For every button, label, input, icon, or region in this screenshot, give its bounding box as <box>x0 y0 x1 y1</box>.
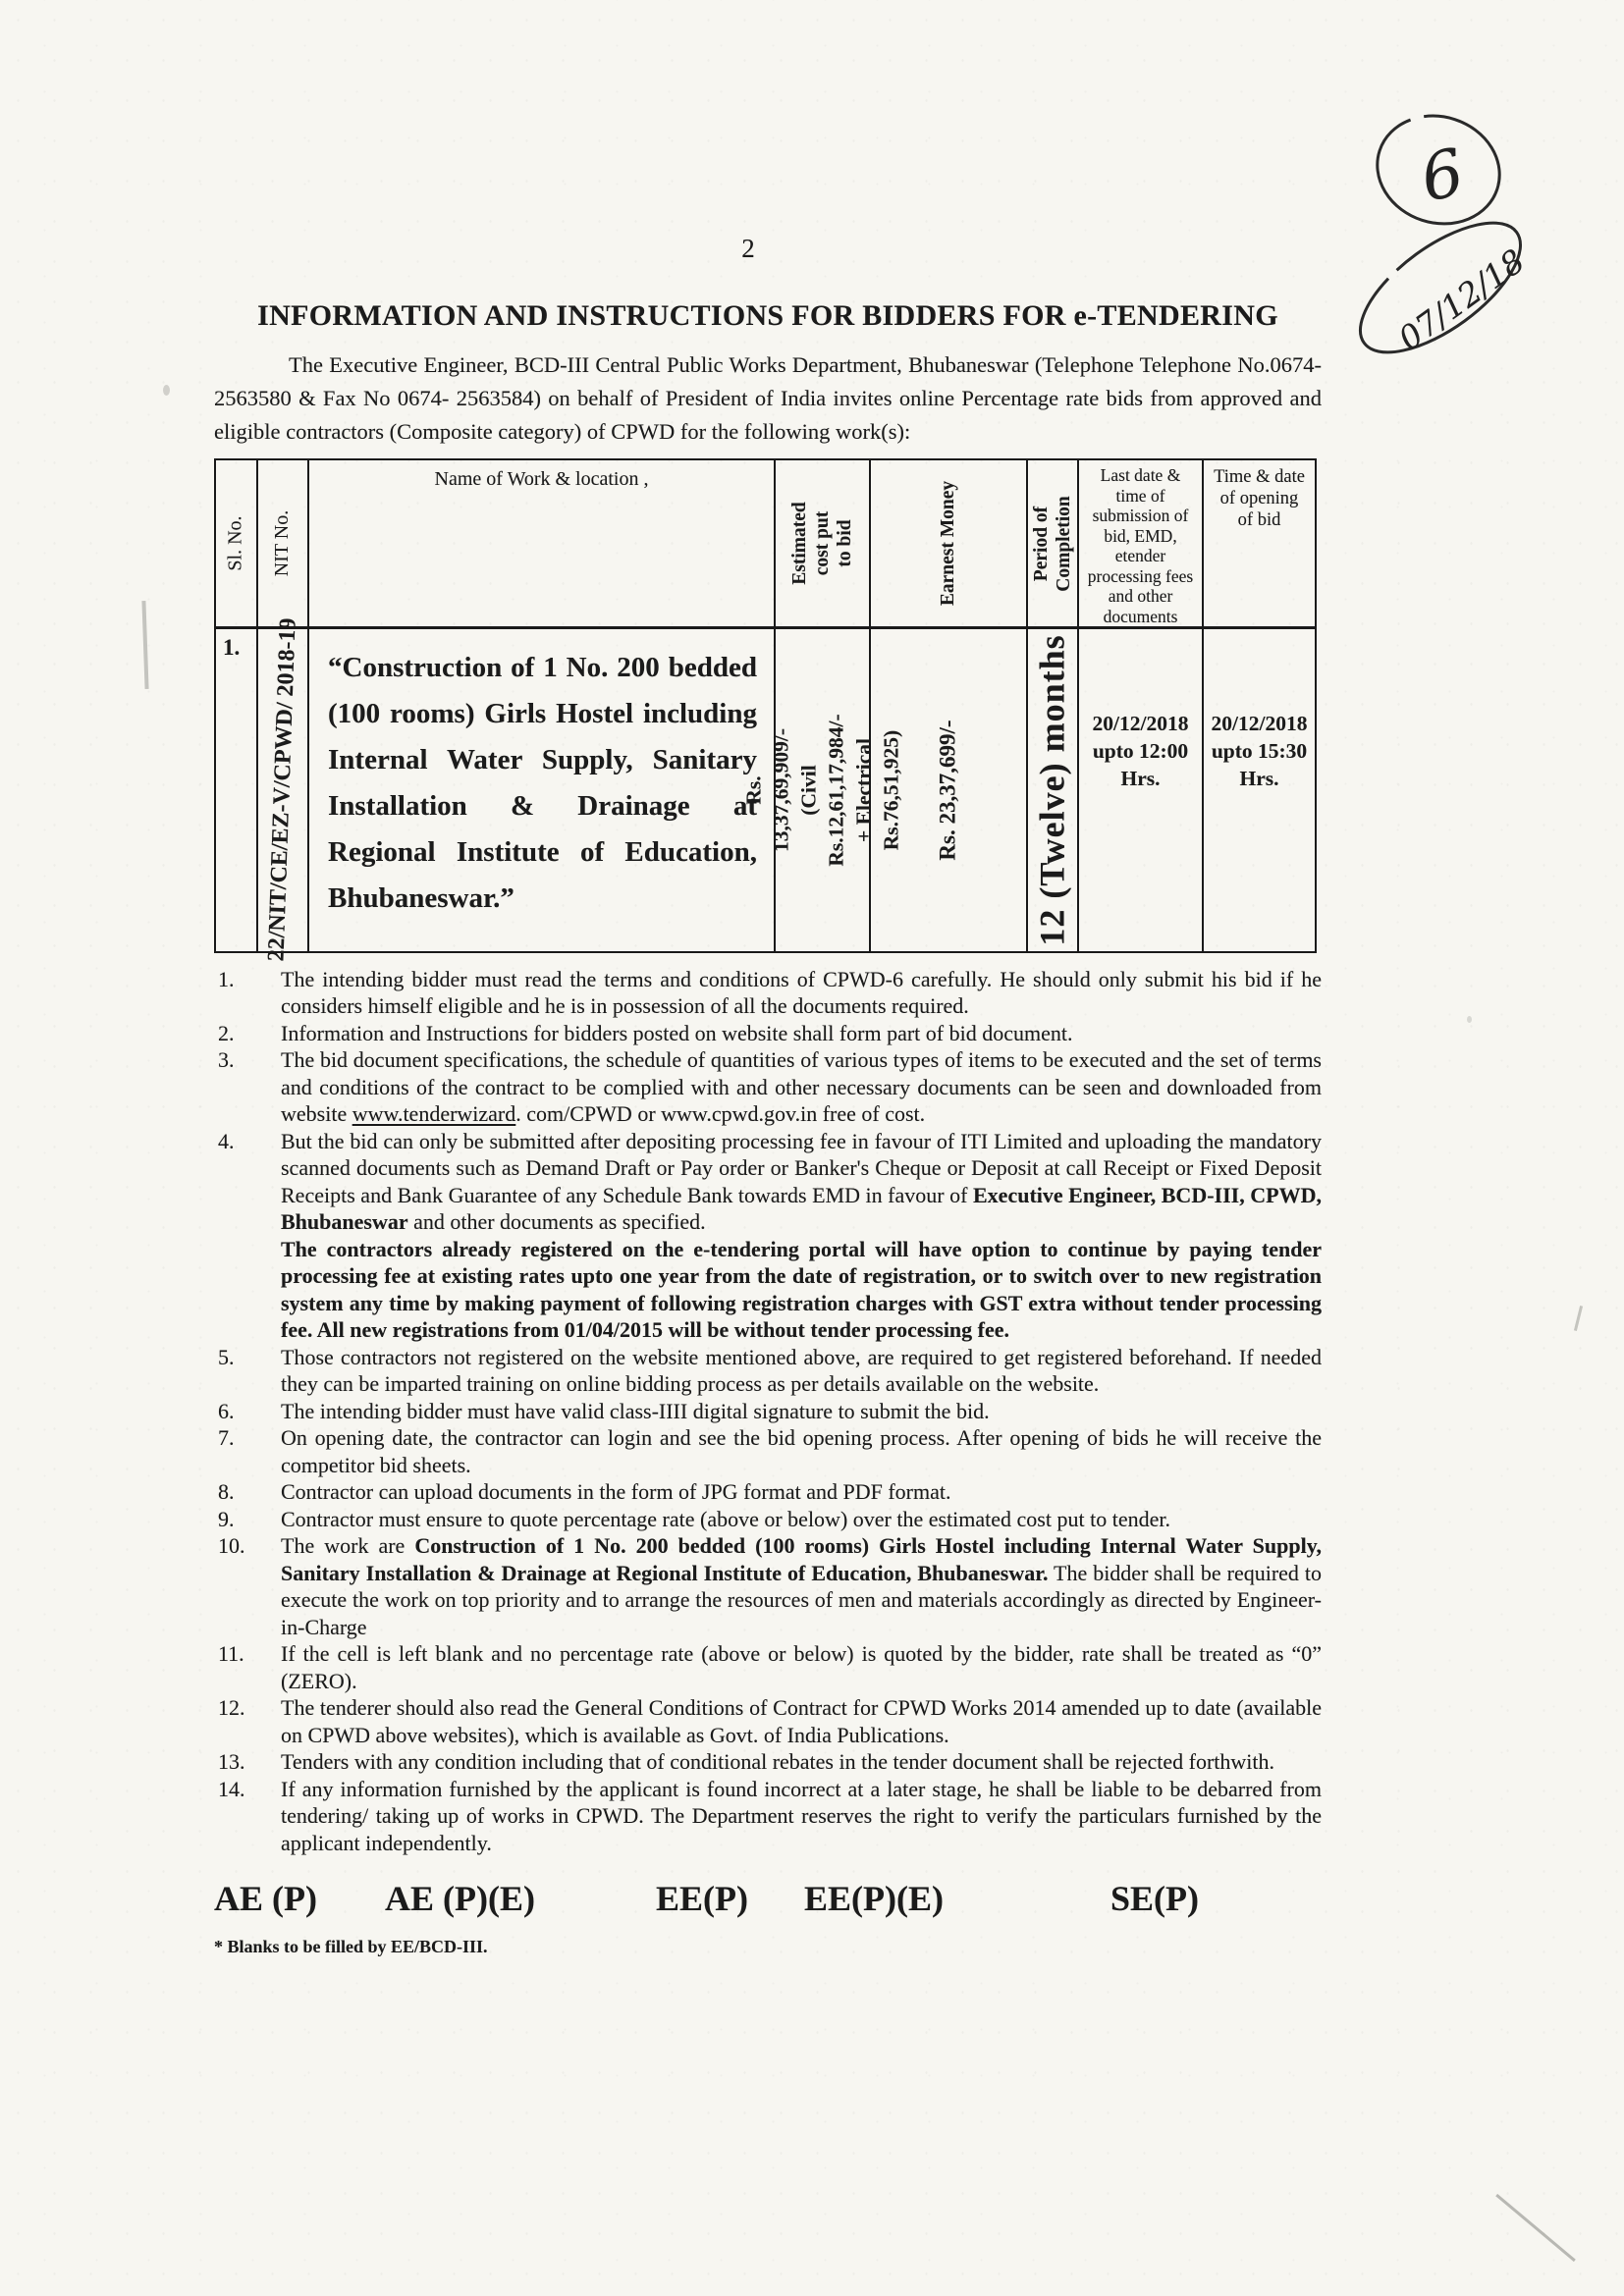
cell-period: 12 (Twelve) months <box>1027 628 1078 952</box>
period-value: 12 (Twelve) months <box>1032 634 1073 945</box>
scan-artifact <box>141 601 148 689</box>
header-nit-no: NIT No. <box>257 459 308 628</box>
cell-work-name: “Construction of 1 No. 200 bedded (100 r… <box>308 628 775 952</box>
instruction-number: 4. <box>214 1128 281 1155</box>
page-number: 2 <box>175 234 1322 264</box>
instruction-paragraph: The intending bidder must have valid cla… <box>281 1398 1322 1425</box>
instruction-item: 10.The work are Construction of 1 No. 20… <box>214 1532 1322 1640</box>
work-name-value: “Construction of 1 No. 200 bedded (100 r… <box>309 629 774 922</box>
instruction-item: 11.If the cell is left blank and no perc… <box>214 1640 1322 1694</box>
instruction-number: 5. <box>214 1344 281 1371</box>
cell-estimated-cost: Rs. 13,37,69,909/- (Civil Rs.12,61,17,98… <box>775 628 870 952</box>
scan-artifact <box>1495 2194 1576 2262</box>
cell-last-date: 20/12/2018 upto 12:00 Hrs. <box>1078 628 1203 952</box>
header-sl-no: Sl. No. <box>215 459 257 628</box>
instruction-item: 14.If any information furnished by the a… <box>214 1776 1322 1857</box>
instruction-paragraph: If any information furnished by the appl… <box>281 1776 1322 1857</box>
instruction-paragraph: Information and Instructions for bidders… <box>281 1020 1322 1047</box>
opening-value: 20/12/2018 upto 15:30 Hrs. <box>1204 629 1315 792</box>
stamp-top-text: 6 <box>1414 134 1470 217</box>
signature-designation: SE(P) <box>1110 1878 1199 1919</box>
header-sl-no-label: Sl. No. <box>225 515 247 570</box>
instruction-item: 5.Those contractors not registered on th… <box>214 1344 1322 1398</box>
instruction-number: 1. <box>214 966 281 993</box>
instruction-paragraph: Tenders with any condition including tha… <box>281 1748 1322 1776</box>
instruction-item: 8.Contractor can upload documents in the… <box>214 1478 1322 1506</box>
header-opening-label: Time & date of opening of bid <box>1204 460 1315 531</box>
instruction-item: 12.The tenderer should also read the Gen… <box>214 1694 1322 1748</box>
cell-earnest-money: Rs. 23,37,699/- <box>870 628 1027 952</box>
instruction-paragraph: On opening date, the contractor can logi… <box>281 1424 1322 1478</box>
header-last-date: Last date & time of submission of bid, E… <box>1078 459 1203 628</box>
header-work-name: Name of Work & location , <box>308 459 775 628</box>
intro-paragraph: The Executive Engineer, BCD-III Central … <box>214 348 1322 449</box>
signature-designation: EE(P)(E) <box>804 1878 944 1919</box>
instruction-paragraph: The work are Construction of 1 No. 200 b… <box>281 1532 1322 1640</box>
header-estimated-cost-label: Estimated cost put to bid <box>788 497 856 590</box>
header-earnest-money: Earnest Money <box>870 459 1027 628</box>
stamp-circle-date <box>1340 199 1542 377</box>
instruction-item: 6.The intending bidder must have valid c… <box>214 1398 1322 1425</box>
instruction-paragraph: The intending bidder must read the terms… <box>281 966 1322 1020</box>
instruction-paragraph: The bid document specifications, the sch… <box>281 1046 1322 1128</box>
handwritten-stamp: 6 07/12/18 <box>1330 74 1624 378</box>
instruction-item: 3.The bid document specifications, the s… <box>214 1046 1322 1128</box>
nit-no-value: 22/NIT/CE/EZ-V/CPWD/ 2018-19 <box>263 617 301 962</box>
header-opening: Time & date of opening of bid <box>1203 459 1316 628</box>
instruction-item: 2.Information and Instructions for bidde… <box>214 1020 1322 1047</box>
instruction-number: 2. <box>214 1020 281 1047</box>
instruction-number: 9. <box>214 1506 281 1533</box>
last-date-value: 20/12/2018 upto 12:00 Hrs. <box>1079 629 1202 792</box>
instruction-number: 14. <box>214 1776 281 1803</box>
sl-no-value: 1. <box>216 629 256 661</box>
instruction-paragraph: Contractor must ensure to quote percenta… <box>281 1506 1322 1533</box>
document-content: 2 INFORMATION AND INSTRUCTIONS FOR BIDDE… <box>214 234 1322 1957</box>
earnest-money-value: Rs. 23,37,699/- <box>936 720 961 860</box>
scan-artifact <box>1574 1306 1583 1331</box>
header-period-label: Period of Completion <box>1030 496 1075 592</box>
instruction-paragraph: If the cell is left blank and no percent… <box>281 1640 1322 1694</box>
header-last-date-label: Last date & time of submission of bid, E… <box>1079 460 1202 626</box>
header-work-name-label: Name of Work & location , <box>309 460 774 491</box>
table-data-row: 1. 22/NIT/CE/EZ-V/CPWD/ 2018-19 “Constru… <box>215 628 1316 952</box>
instruction-item: 7.On opening date, the contractor can lo… <box>214 1424 1322 1478</box>
instruction-paragraph: Those contractors not registered on the … <box>281 1344 1322 1398</box>
signature-designation: EE(P) <box>656 1878 748 1919</box>
header-nit-no-label: NIT No. <box>272 510 295 576</box>
instruction-number: 12. <box>214 1694 281 1722</box>
instruction-paragraph: The contractors already registered on th… <box>281 1236 1322 1344</box>
instruction-number: 8. <box>214 1478 281 1506</box>
instruction-number: 7. <box>214 1424 281 1452</box>
works-table: Sl. No. NIT No. Name of Work & location … <box>214 458 1317 953</box>
instruction-item: 4.But the bid can only be submitted afte… <box>214 1128 1322 1344</box>
scanned-tender-page: 6 07/12/18 2 INFORMATION AND INSTRUCTION… <box>0 0 1624 2296</box>
instructions-list: 1.The intending bidder must read the ter… <box>214 966 1322 1857</box>
scan-artifact <box>163 385 170 396</box>
signature-designation: AE (P)(E) <box>385 1878 535 1919</box>
cell-opening: 20/12/2018 upto 15:30 Hrs. <box>1203 628 1316 952</box>
instruction-paragraph: Contractor can upload documents in the f… <box>281 1478 1322 1506</box>
instruction-number: 13. <box>214 1748 281 1776</box>
footnote: * Blanks to be filled by EE/BCD-III. <box>214 1937 1322 1957</box>
document-title: INFORMATION AND INSTRUCTIONS FOR BIDDERS… <box>214 299 1322 333</box>
header-estimated-cost: Estimated cost put to bid <box>775 459 870 628</box>
instruction-number: 11. <box>214 1640 281 1668</box>
header-earnest-money-label: Earnest Money <box>938 481 960 606</box>
instruction-number: 10. <box>214 1532 281 1560</box>
instruction-paragraph: But the bid can only be submitted after … <box>281 1128 1322 1236</box>
signature-designation: AE (P) <box>214 1878 317 1919</box>
cell-sl-no: 1. <box>215 628 257 952</box>
header-period: Period of Completion <box>1027 459 1078 628</box>
instruction-item: 13.Tenders with any condition including … <box>214 1748 1322 1776</box>
table-header-row: Sl. No. NIT No. Name of Work & location … <box>215 459 1316 628</box>
instruction-item: 9.Contractor must ensure to quote percen… <box>214 1506 1322 1533</box>
instruction-paragraph: The tenderer should also read the Genera… <box>281 1694 1322 1748</box>
scan-artifact <box>1467 1016 1472 1023</box>
signature-row: AE (P)AE (P)(E)EE(P)EE(P)(E)SE(P) <box>214 1878 1322 1927</box>
instruction-number: 3. <box>214 1046 281 1074</box>
instruction-item: 1.The intending bidder must read the ter… <box>214 966 1322 1020</box>
cell-nit-no: 22/NIT/CE/EZ-V/CPWD/ 2018-19 <box>257 628 308 952</box>
instruction-number: 6. <box>214 1398 281 1425</box>
